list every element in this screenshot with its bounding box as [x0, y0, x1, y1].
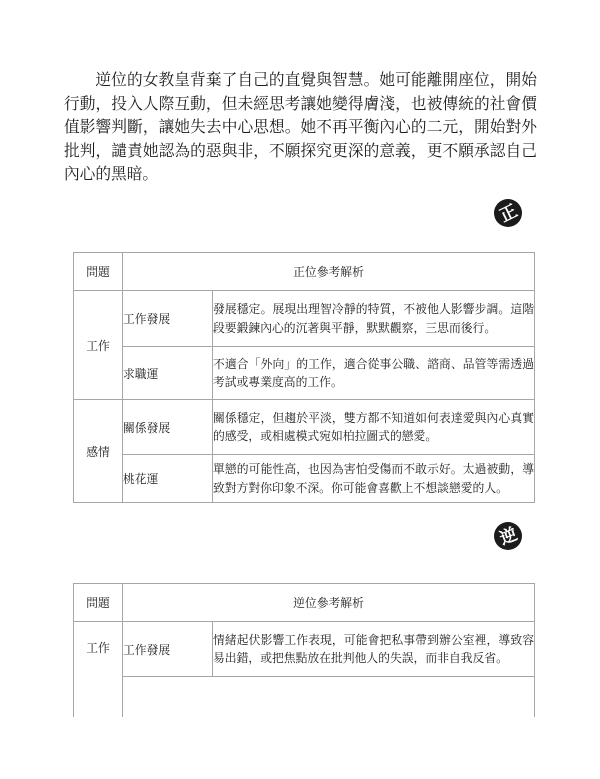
aspect-cell: 桃花運	[123, 455, 213, 503]
upright-table-question-header: 問題	[74, 253, 123, 291]
analysis-cell: 不適合「外向」的工作，適合從事公職、諮商、品管等需透過考試或專業度高的工作。	[213, 347, 535, 400]
analysis-cell: 關係穩定，但趨於平淡，雙方都不知道如何表達愛與內心真實的感受，或相處模式宛如柏拉…	[213, 400, 535, 455]
upright-badge-glyph: 正	[497, 202, 520, 225]
analysis-cell: 情緒起伏影響工作表現，可能會把私事帶到辦公室裡，導致容易出錯，或把焦點放在批判他…	[213, 622, 535, 677]
table-row: 感情 關係發展 關係穩定，但趨於平淡，雙方都不知道如何表達愛與內心真實的感受，或…	[74, 400, 535, 455]
upright-table-analysis-header: 正位參考解析	[123, 253, 535, 291]
category-cell-work: 工作	[74, 291, 123, 400]
reversed-badge: 逆	[494, 522, 522, 550]
aspect-cell: 工作發展	[123, 291, 213, 347]
book-page: 逆位的女教皇背棄了自己的直覺與智慧。她可能離開座位，開始行動，投入人際互動，但未…	[0, 0, 600, 779]
category-cell-work: 工作	[74, 622, 123, 718]
upright-badge: 正	[494, 199, 522, 227]
reversed-table-header-row: 問題 逆位參考解析	[74, 584, 535, 622]
analysis-cell: 單戀的可能性高，也因為害怕受傷而不敢示好。太過被動，導致對方對你印象不深。你可能…	[213, 455, 535, 503]
aspect-cell: 工作發展	[123, 622, 213, 677]
table-row: 工作 工作發展 情緒起伏影響工作表現，可能會把私事帶到辦公室裡，導致容易出錯，或…	[74, 622, 535, 677]
reversed-table-analysis-header: 逆位參考解析	[123, 584, 535, 622]
table-row: 工作 工作發展 發展穩定。展現出理智冷靜的特質，不被他人影響步調。這階段要鍛鍊內…	[74, 291, 535, 347]
reversed-table: 問題 逆位參考解析 工作 工作發展 情緒起伏影響工作表現，可能會把私事帶到辦公室…	[73, 583, 535, 717]
aspect-cell: 求職運	[123, 347, 213, 400]
reversed-table-question-header: 問題	[74, 584, 123, 622]
aspect-cell: 關係發展	[123, 400, 213, 455]
reversed-badge-glyph: 逆	[497, 525, 519, 547]
upright-table-header-row: 問題 正位參考解析	[74, 253, 535, 291]
table-row: 求職運 不適合「外向」的工作，適合從事公職、諮商、品管等需透過考試或專業度高的工…	[74, 347, 535, 400]
intro-paragraph: 逆位的女教皇背棄了自己的直覺與智慧。她可能離開座位，開始行動，投入人際互動，但未…	[64, 69, 537, 187]
category-cell-love: 感情	[74, 400, 123, 503]
upright-table: 問題 正位參考解析 工作 工作發展 發展穩定。展現出理智冷靜的特質，不被他人影響…	[73, 252, 535, 503]
cut-off-cell	[123, 677, 535, 718]
cut-off-table-row	[74, 677, 535, 718]
analysis-cell: 發展穩定。展現出理智冷靜的特質，不被他人影響步調。這階段要鍛鍊內心的沉著與平靜，…	[213, 291, 535, 347]
table-row: 桃花運 單戀的可能性高，也因為害怕受傷而不敢示好。太過被動，導致對方對你印象不深…	[74, 455, 535, 503]
